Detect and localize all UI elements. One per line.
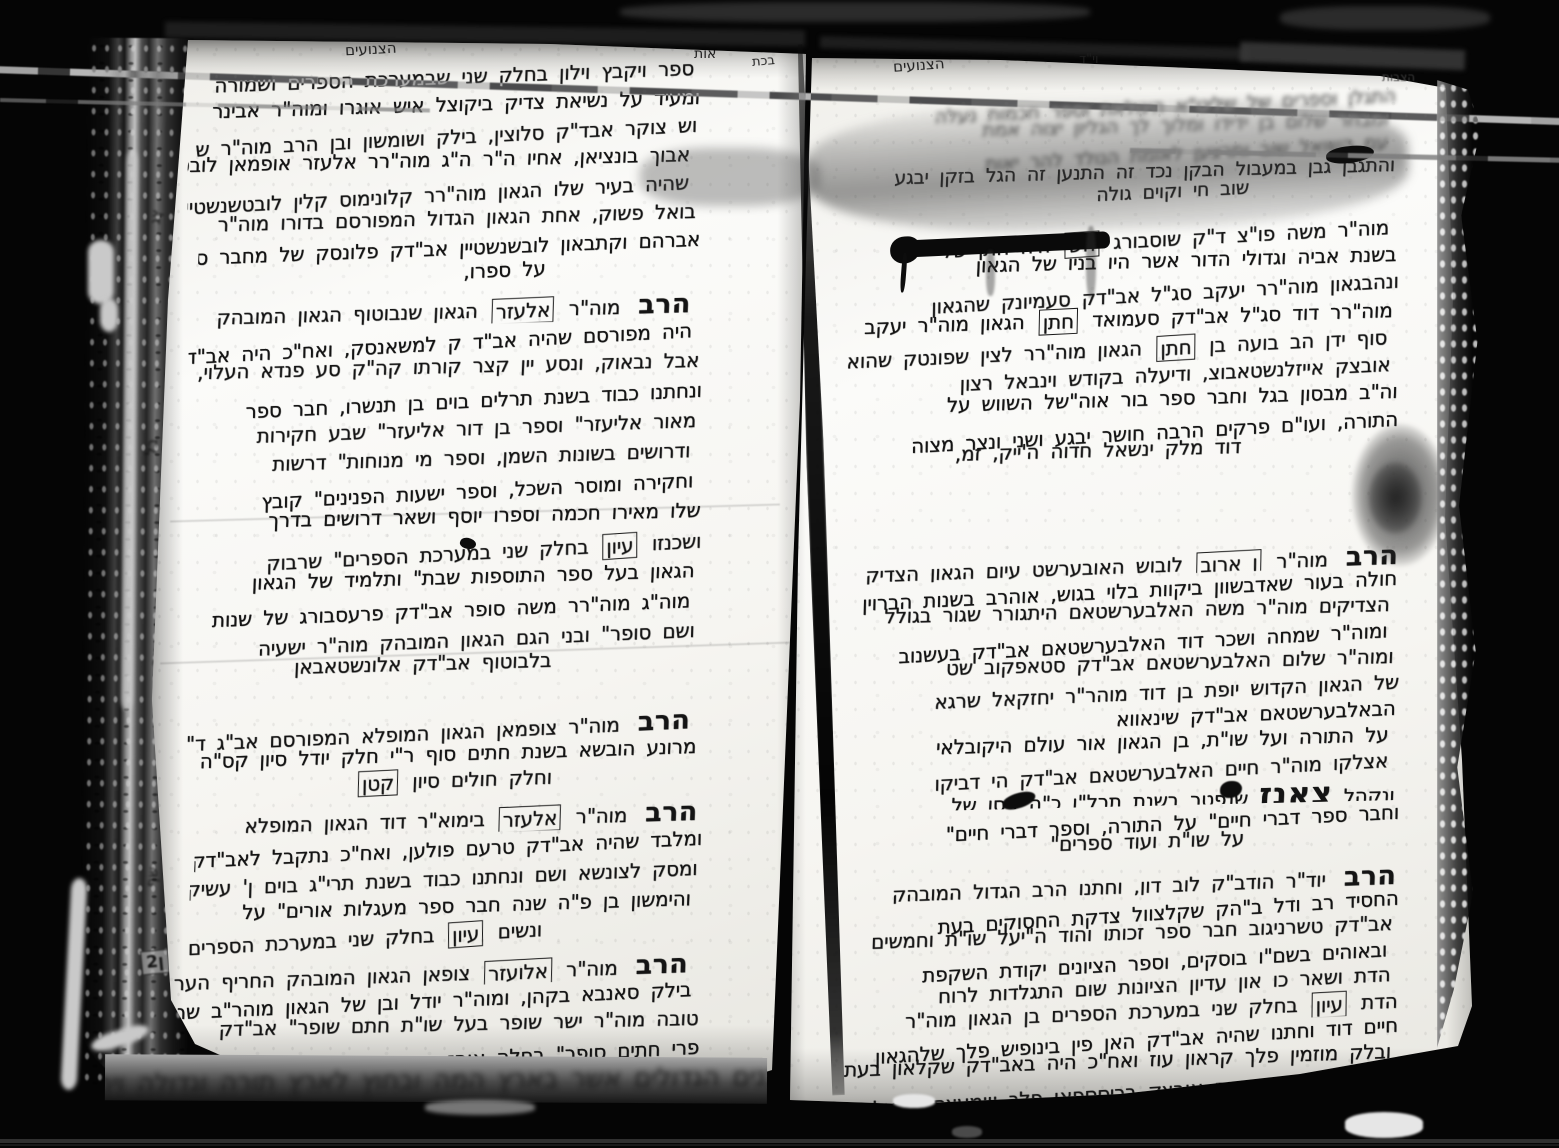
boxed-word: עיון [1312,990,1347,1018]
page-header-word: הצנועים [345,39,397,60]
line-text: ושכנזו [641,529,702,556]
boxed-word: אלעזר [499,804,562,833]
boxed-word: קטן [358,769,399,797]
text-block: הרב מוה"ר צופמאן הגאון המופלא המפורסם אב… [192,704,696,794]
text-block: בודשת של הרבנים הגדולים אשר בארץ המה ובח… [105,1056,767,1101]
boxed-word: אלועזר [484,957,552,987]
page-header-word: וי"ד [1079,52,1099,67]
line-text: הגאון שנבוטוף הגאון המובהק [216,298,489,329]
scanner-edge-line [0,1139,1559,1143]
bleedthrough-fragment: בל [142,438,162,457]
ink-smear [1086,226,1096,298]
line-text: מוה"ר [554,955,629,982]
page-header-word: אות [694,46,716,62]
film-smudge [1280,6,1490,30]
line-text: מוה"ר [564,803,639,829]
film-splotch [425,1100,535,1115]
manuscript-line: בודשת של הרבנים הגדולים אשר בארץ המה ובח… [105,1061,767,1104]
film-glare-streak [100,298,118,332]
line-text: בודשת של הרבנים הגדולים אשר בארץ המה ובח… [105,1061,767,1100]
entry-first-word: הרב [635,948,688,981]
boxed-word: עיון [448,920,483,949]
line-text: על שו"ת ועוד ספרים" [1050,826,1245,856]
line-text: על ספרו, [463,255,546,283]
line-text: וחלק חולים סיון [401,765,553,794]
torn-page-edge [1437,80,1481,1048]
page-top-shadow [820,36,1250,60]
entry-first-word: הרב [638,704,691,737]
scanner-edge-line [0,1144,1559,1146]
page-header-word: הצנועים [892,54,945,76]
text-block: הרב מוה"ר אלעזר בימוא"ר דוד הגאון המופלא… [188,796,696,946]
text-block: הרב יוד"ר הודב"ק לוב דון, וחתנו הרב הגדו… [788,860,1393,1115]
edge-mark: 2ן [140,949,170,976]
ink-smudge [640,148,820,206]
film-splotch [952,1126,982,1138]
boxed-word: חתן [1038,307,1078,335]
edge-stain [1368,462,1422,534]
line-text: בימוא"ר דוד הגאון המופלא [244,807,496,838]
page-curl-bleedthrough: בודשת של הרבנים הגדולים אשר בארץ המה ובח… [105,1054,767,1103]
ink-smear [986,250,995,296]
line-text: ונשים [486,917,542,944]
line-text: מוה"ר [557,295,632,321]
boxed-word: עיון [603,532,638,560]
line-text: הגאון מוה"ר יעקב [864,309,1036,339]
entry-first-word: הרב [645,796,699,829]
line-text: הדת [1350,988,1398,1014]
boxed-word: חתן [1156,334,1195,362]
text-block: הרב מוה"ר ן ארוב לובוש האובערשט עיום הגא… [792,540,1393,852]
boxed-word: אלעזר [492,296,555,325]
entry-first-word: הרב [638,288,692,320]
film-splotch [1345,1112,1423,1138]
text-block: הרב מוה"ר אלעזר הגאון שנבוטוף הגאון המוב… [192,288,696,678]
bleedthrough-fragment: שף [142,866,162,888]
film-glare-streak [88,240,114,304]
page-edge-word: הצבות [1382,70,1415,84]
manuscript-scan: ץג בל אך שף 2ן ספר ויקבץ וילון בחלק שני … [0,0,1559,1148]
bleedthrough-fragment: ץג [146,209,165,225]
page-header-word: בכת [751,53,775,70]
film-smudge [620,2,1090,22]
page-top-shadow [1240,42,1466,71]
film-splotch [893,1094,935,1108]
